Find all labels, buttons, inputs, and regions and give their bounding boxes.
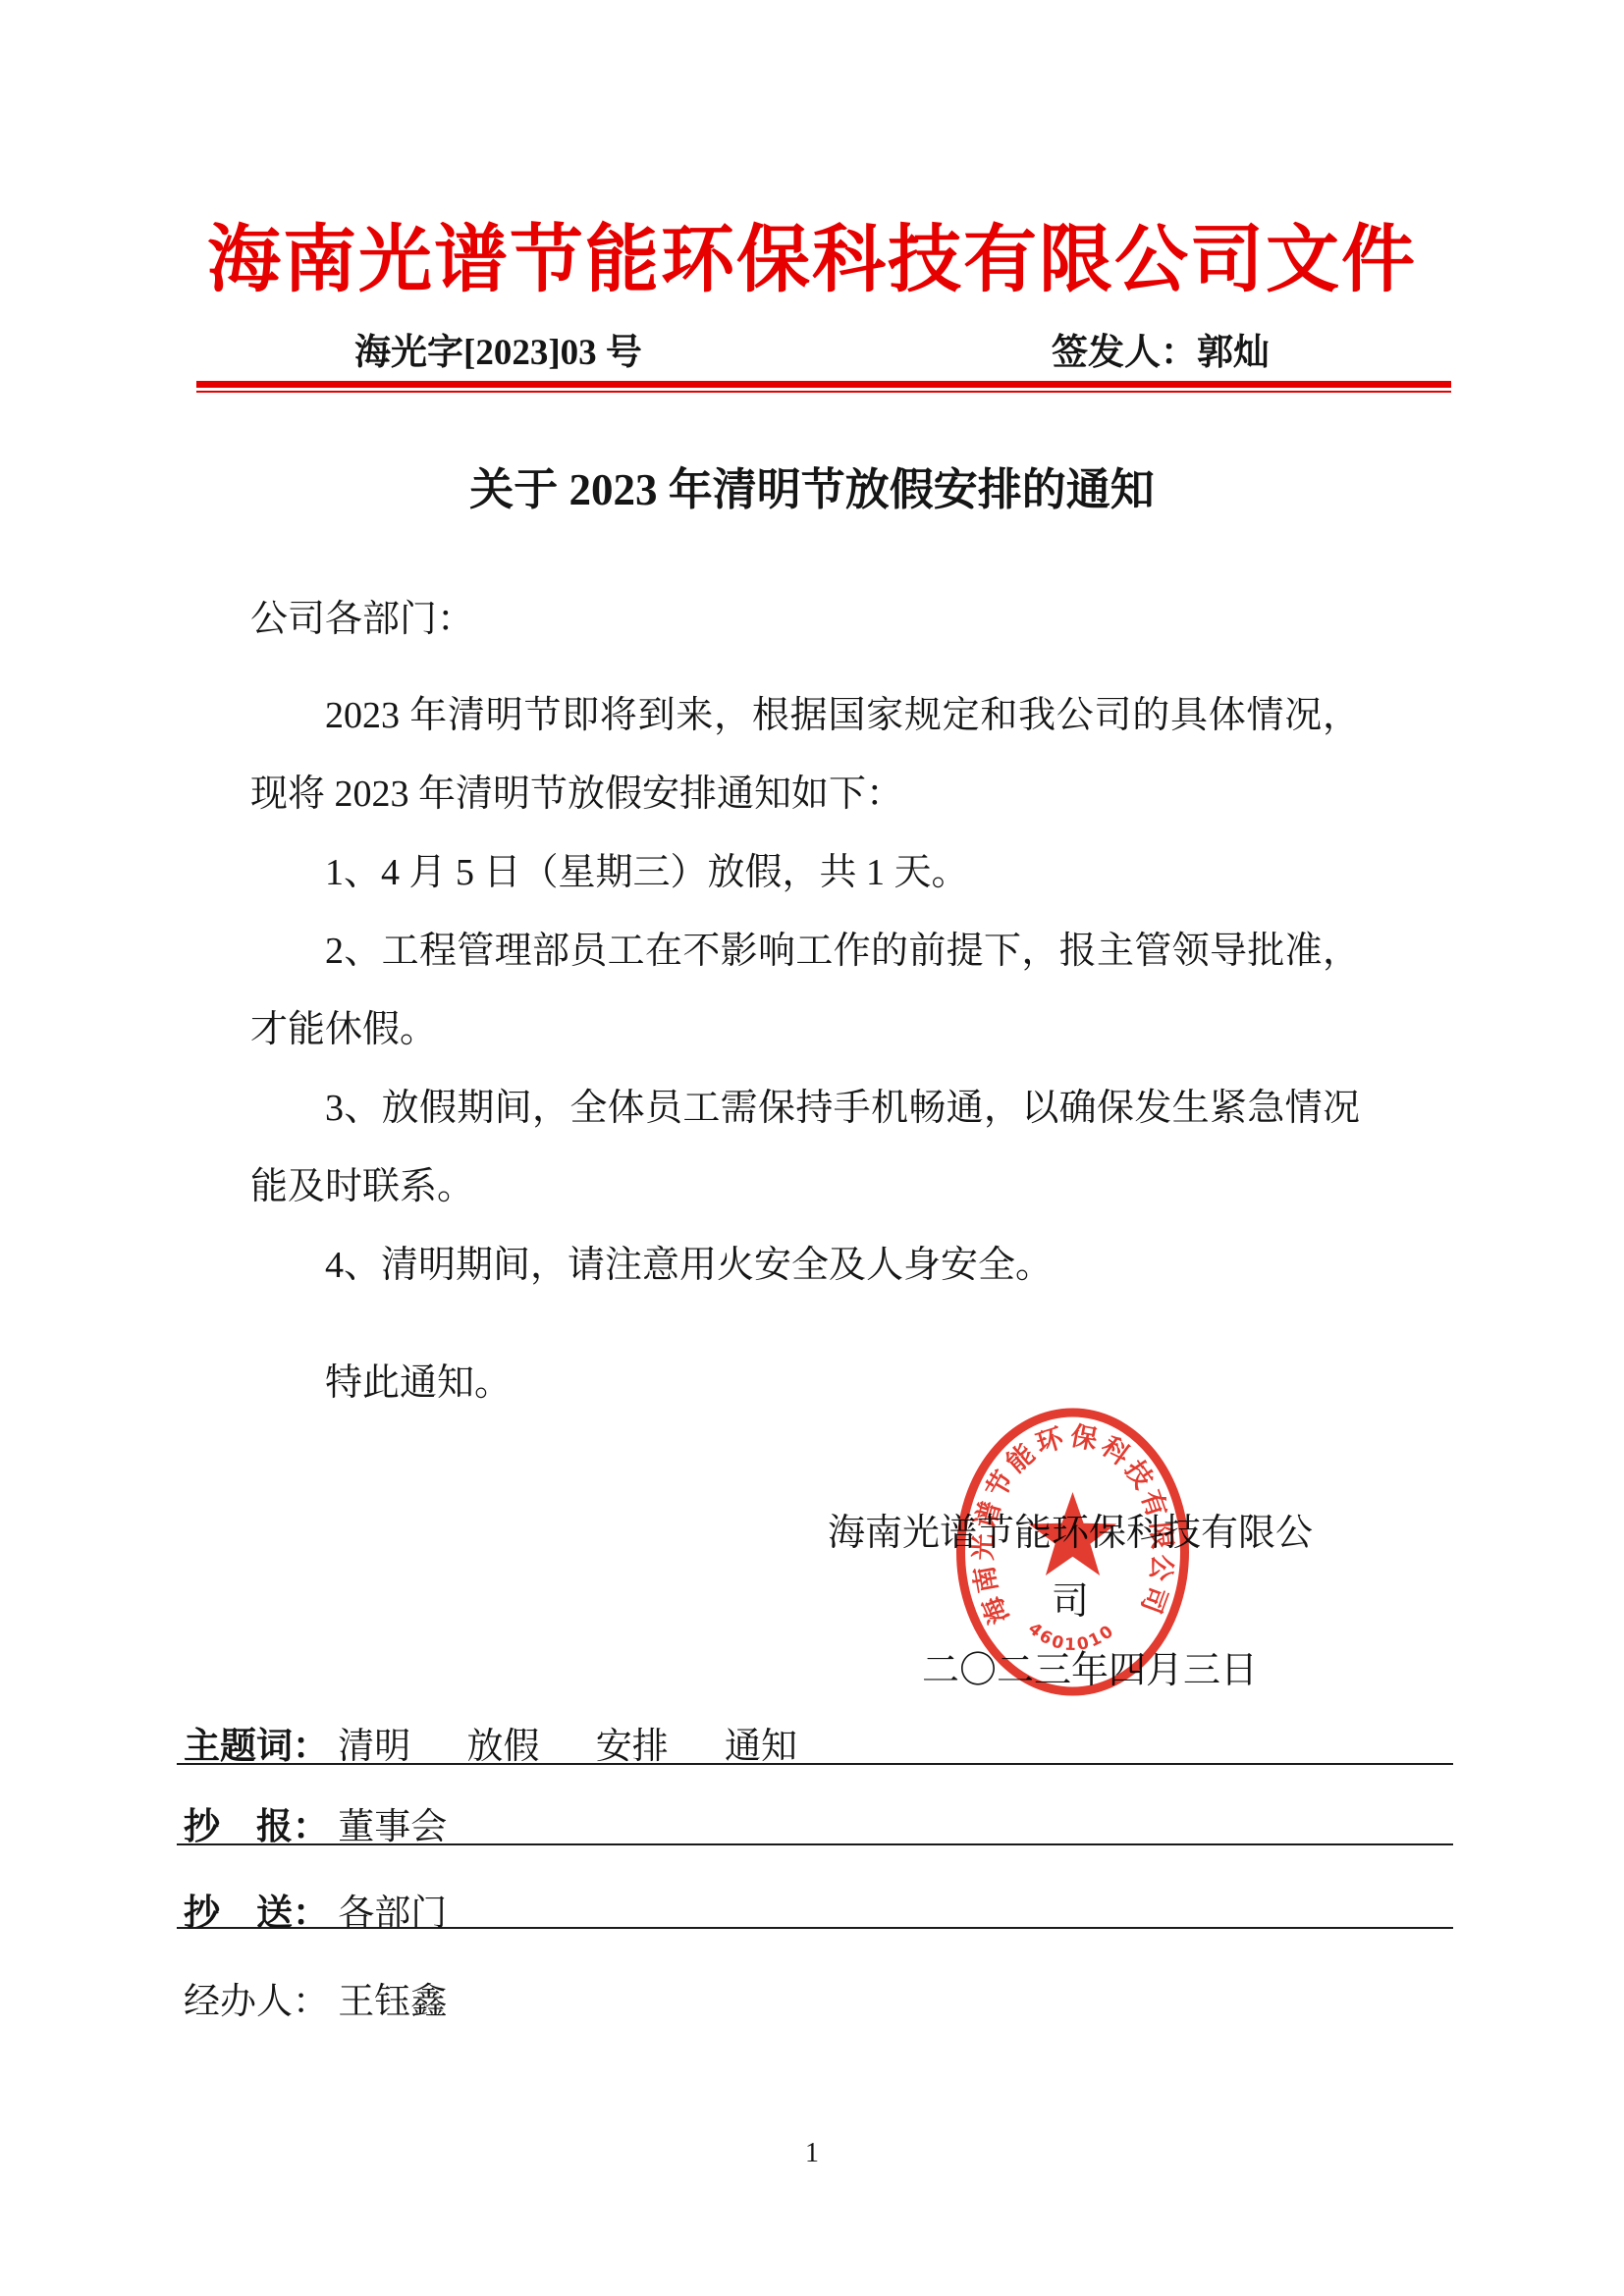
red-divider [196,381,1451,393]
paragraph-item-3: 3、放假期间，全体员工需保持手机畅通，以确保发生紧急情况能及时联系。 [250,1069,1360,1226]
subject-keyword: 清明 [338,1716,410,1769]
copy-report-label: 抄 报： [184,1807,329,1847]
footer-row-copy-send: 抄 送： 各部门 [177,1863,1453,1929]
subject-keyword: 通知 [725,1716,797,1769]
doc-header-row: 海光字[2023]03 号 签发人：郭灿 [0,322,1624,371]
org-title: 海南光谱节能环保科技有限公司文件 [0,201,1624,306]
notice-title: 关于 2023 年清明节放假安排的通知 [0,454,1624,517]
paragraph-intro: 2023 年清明节即将到来，根据国家规定和我公司的具体情况，现将 2023 年清… [250,676,1360,833]
doc-number: 海光字[2023]03 号 [354,322,642,375]
stamp-star-icon [1029,1492,1116,1575]
paragraph-item-4: 4、清明期间，请注意用火安全及人身安全。 [250,1226,1360,1305]
subject-keyword: 放假 [467,1716,540,1769]
page-number: 1 [0,2138,1624,2169]
copy-report-value: 董事会 [338,1807,447,1847]
paragraph-item-1: 1、4 月 5 日（星期三）放假，共 1 天。 [250,833,1360,912]
handler-label: 经办人： [184,1982,329,2022]
paragraph-item-2: 2、工程管理部员工在不影响工作的前提下，报主管领导批准，才能休假。 [250,912,1360,1069]
red-divider-thick-line [196,381,1451,388]
copy-send-label: 抄 送： [184,1894,329,1934]
handler-value: 王钰鑫 [338,1982,447,2022]
salutation: 公司各部门： [250,580,1360,659]
closing: 特此通知。 [250,1344,1360,1422]
footer-row-handler: 经办人： 王钰鑫 [177,1963,1453,2012]
footer-row-subject: 主题词： 清明 放假 安排 通知 [177,1708,1453,1765]
red-divider-thin-line [196,391,1451,393]
issuer: 签发人：郭灿 [1052,322,1270,375]
notice-body: 公司各部门： 2023 年清明节即将到来，根据国家规定和我公司的具体情况，现将 … [250,580,1360,1422]
footer-row-copy-report: 抄 报： 董事会 [177,1779,1453,1845]
document-page: 海南光谱节能环保科技有限公司文件 海光字[2023]03 号 签发人：郭灿 关于… [0,0,1624,2296]
company-seal-stamp: 海南光谱节能环保科技有限公司 46010100078400 [952,1404,1193,1700]
copy-send-value: 各部门 [338,1894,447,1934]
subject-keyword: 安排 [596,1716,669,1769]
subject-label: 主题词： [184,1727,329,1767]
